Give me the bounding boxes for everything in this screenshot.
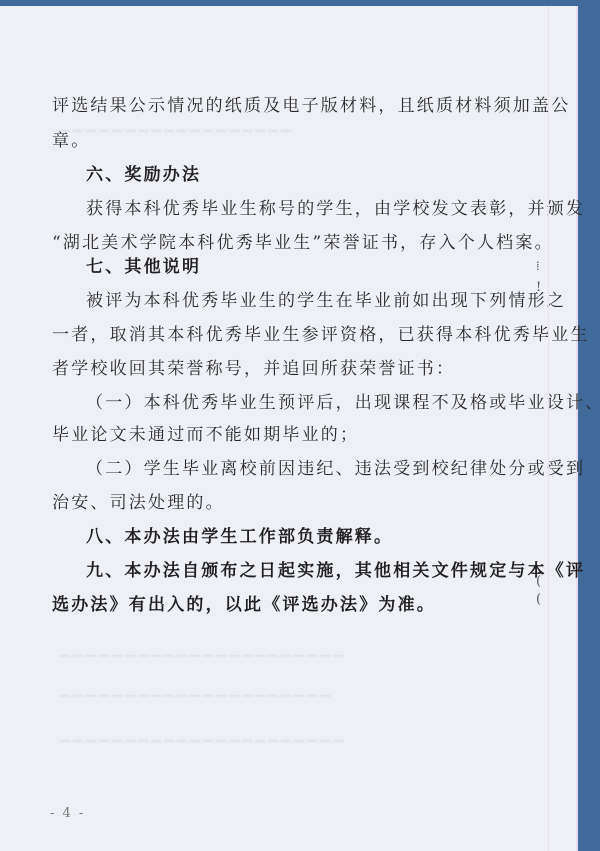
paragraph-line: 者学校收回其荣誉称号，并追回所获荣誉证书： (52, 354, 455, 379)
section-heading: 七、其他说明 (86, 252, 201, 277)
page-number: - 4 - (50, 806, 85, 821)
bleed-through-text: ▔▔▔▔▔▔▔▔▔▔▔▔▔▔▔▔▔▔ (60, 131, 496, 146)
paragraph-line: 治安、司法处理的。 (52, 488, 225, 513)
section-heading: 六、奖励办法 (86, 160, 201, 185)
paragraph-line: 评选结果公示情况的纸质及电子版材料，且纸质材料须加盖公 (52, 91, 570, 116)
binding-mark: ( (536, 574, 541, 589)
paragraph-line: 一者，取消其本科优秀毕业生参评资格，已获得本科优秀毕业生 (52, 320, 590, 345)
paragraph-line: （二）学生毕业离校前因违纪、违法受到校纪律处分或受到 (86, 454, 585, 479)
paragraph-line: 被评为本科优秀毕业生的学生在毕业前如出现下列情形之 (86, 286, 566, 311)
paragraph-line: 获得本科优秀毕业生称号的学生，由学校发文表彰，并颁发 (86, 194, 585, 219)
paragraph-line: 毕业论文未通过而不能如期毕业的； (52, 420, 359, 445)
document-page: ▔▔▔▔▔▔▔▔▔▔▔▔▔▔▔▔▔▔ ▔▔▔▔▔▔▔▔▔▔▔▔▔▔▔▔▔▔▔▔▔… (0, 6, 578, 851)
bleed-through-text: ▔▔▔▔▔▔▔▔▔▔▔▔▔▔▔▔▔▔▔▔▔▔ (60, 656, 496, 671)
section-heading: 八、本办法由学生工作部负责解释。 (86, 522, 393, 547)
paragraph-line: “湖北美术学院本科优秀毕业生”荣誉证书，存入个人档案。 (52, 228, 554, 253)
binding-mark: ( (536, 592, 541, 607)
section-heading: 选办法》有出入的，以此《评选办法》为准。 (52, 590, 436, 615)
binding-mark: ! (536, 280, 541, 295)
paragraph-line: （一）本科优秀毕业生预评后，出现课程不及格或毕业设计、 (86, 388, 600, 413)
section-heading: 九、本办法自颁布之日起实施，其他相关文件规定与本《评 (86, 556, 585, 581)
binding-mark: ⁞ (536, 258, 540, 274)
bleed-through-text: ▔▔▔▔▔▔▔▔▔▔▔▔▔▔▔▔▔▔▔▔▔▔ (60, 741, 496, 756)
bleed-through-text: ▔▔▔▔▔▔▔▔▔▔▔▔▔▔▔▔▔▔▔▔▔ (60, 696, 496, 711)
paragraph-line: 章。 (52, 126, 90, 151)
